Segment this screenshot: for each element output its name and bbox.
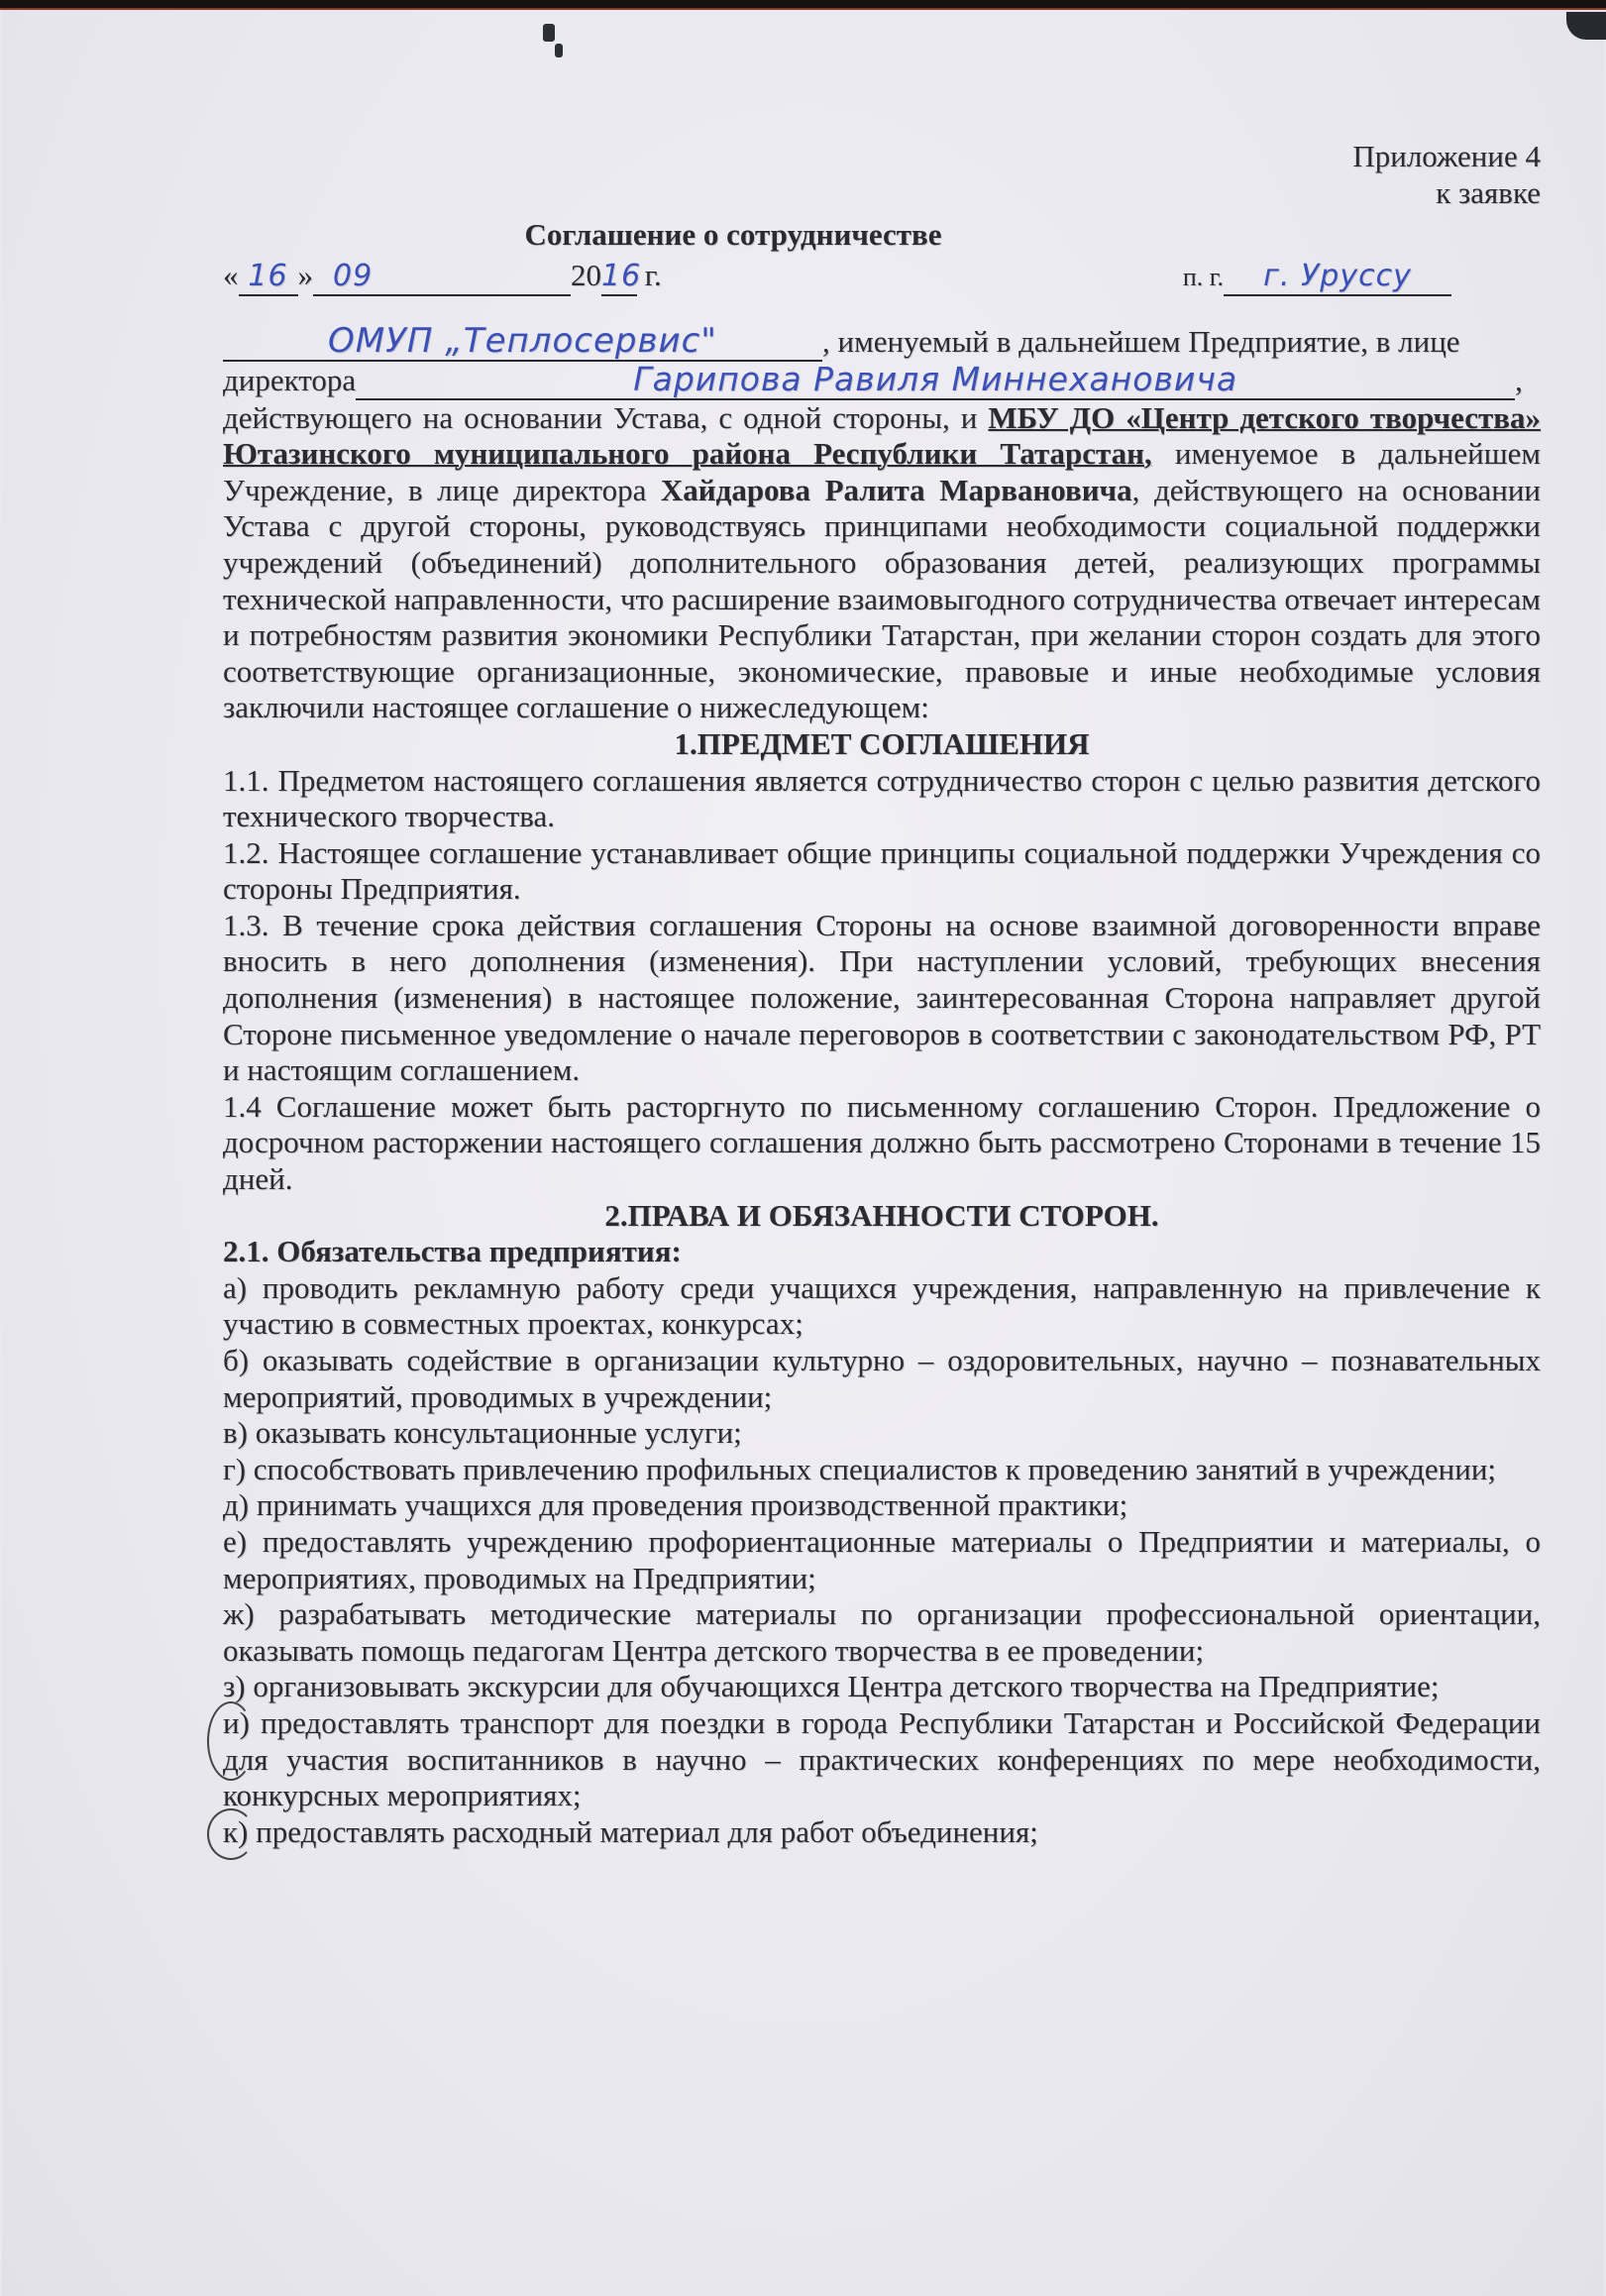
- pen-circle-mark: [207, 1808, 255, 1860]
- appendix-sublabel: к заявке: [223, 175, 1541, 212]
- year-unit: г.: [645, 258, 662, 292]
- obligation-z: з) организовывать экскурсии для обучающи…: [223, 1669, 1541, 1705]
- obligation-k-text: к) предоставлять расходный материал для …: [223, 1814, 1038, 1849]
- ink-speck: [543, 24, 555, 42]
- obligation-i-text: и) предоставлять транспорт для поездки в…: [223, 1705, 1541, 1812]
- obligation-i: и) предоставлять транспорт для поездки в…: [223, 1705, 1541, 1814]
- appendix-label: Приложение 4: [223, 139, 1541, 175]
- preamble-text: действующего на основании Устава, с одно…: [223, 400, 1541, 726]
- agreement-document: Приложение 4 к заявке Соглашение о сотру…: [223, 139, 1541, 1850]
- clause-1-3: 1.3. В течение срока действия соглашения…: [223, 908, 1541, 1089]
- place-prefix: п. г.: [1183, 263, 1224, 291]
- preamble-part-3: , действующего на основании Устава с дру…: [223, 473, 1541, 725]
- director-label: директора: [223, 363, 356, 397]
- year-prefix: 20: [571, 258, 601, 292]
- clause-1-1: 1.1. Предметом настоящего соглашения явл…: [223, 763, 1541, 835]
- place-value: г. Уруссу: [1224, 259, 1451, 297]
- section-1-heading: 1.ПРЕДМЕТ СОГЛАШЕНИЯ: [223, 726, 1541, 763]
- section-2-heading: 2.ПРАВА И ОБЯЗАННОСТИ СТОРОН.: [223, 1198, 1541, 1235]
- enterprise-name-handwritten: ОМУП „Теплосервис": [223, 323, 822, 362]
- clause-1-4: 1.4 Соглашение может быть расторгнуто по…: [223, 1089, 1541, 1198]
- obligation-zh: ж) разрабатывать методические материалы …: [223, 1596, 1541, 1669]
- quote-close: »: [298, 258, 314, 292]
- preamble-part-1: действующего на основании Устава, с одно…: [223, 400, 988, 435]
- director-suffix: ,: [1515, 363, 1523, 397]
- director-name-handwritten: Гарипова Равиля Миннехановича: [356, 362, 1515, 400]
- enterprise-suffix: , именуемый в дальнейшем Предприятие, в …: [822, 324, 1460, 359]
- preamble: ОМУП „Теплосервис", именуемый в дальнейш…: [223, 323, 1541, 726]
- date-day: 16: [239, 259, 298, 297]
- date-field: «16»092016 г.: [223, 258, 662, 297]
- obligation-k: к) предоставлять расходный материал для …: [223, 1814, 1541, 1851]
- obligation-v: в) оказывать консультационные услуги;: [223, 1415, 1541, 1452]
- date-month: 09: [313, 259, 571, 297]
- scan-top-edge: [0, 0, 1606, 10]
- institution-director: Хайдарова Ралита Марвановича: [661, 473, 1132, 507]
- date-place-line: «16»092016 г. п. г.г. Уруссу: [223, 258, 1541, 294]
- obligation-g: г) способствовать привлечению профильных…: [223, 1452, 1541, 1488]
- document-title: Соглашение о сотрудничестве: [223, 217, 1541, 254]
- obligation-d: д) принимать учащихся для проведения про…: [223, 1487, 1541, 1524]
- ink-speck: [555, 44, 563, 57]
- obligation-e: е) предоставлять учреждению профориентац…: [223, 1524, 1541, 1596]
- clause-1-2: 1.2. Настоящее соглашение устанавливает …: [223, 835, 1541, 908]
- enterprise-line: ОМУП „Теплосервис", именуемый в дальнейш…: [223, 323, 1541, 362]
- obligation-a: а) проводить рекламную работу среди учащ…: [223, 1270, 1541, 1343]
- quote-open: «: [223, 258, 239, 292]
- director-line: директораГарипова Равиля Миннехановича,: [223, 362, 1541, 400]
- place-field: п. г.г. Уруссу: [1183, 258, 1451, 297]
- obligation-b: б) оказывать содействие в организации ку…: [223, 1343, 1541, 1415]
- pen-circle-mark: [207, 1701, 255, 1781]
- section-2-items: а) проводить рекламную работу среди учащ…: [223, 1270, 1541, 1851]
- section-2-1-subheading: 2.1. Обязательства предприятия:: [223, 1234, 1541, 1270]
- year-suffix: 16: [601, 259, 637, 297]
- section-1-items: 1.1. Предметом настоящего соглашения явл…: [223, 763, 1541, 1198]
